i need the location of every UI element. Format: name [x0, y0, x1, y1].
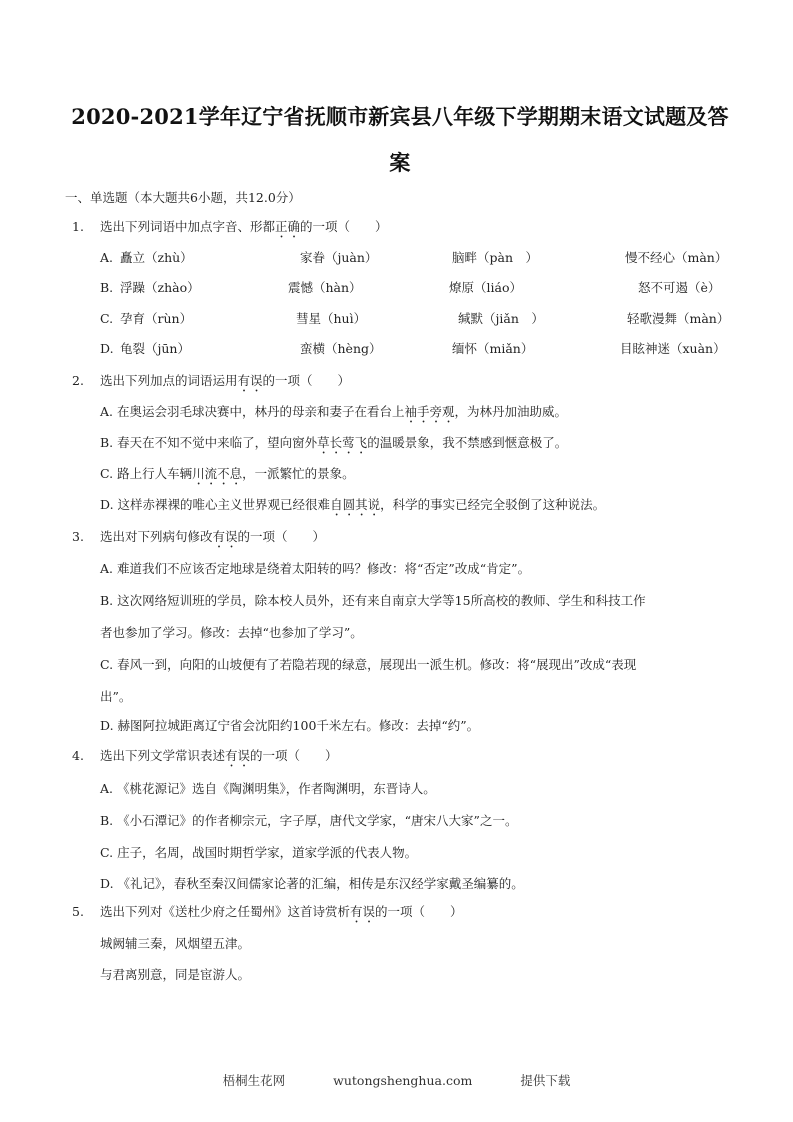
option-label: A. — [100, 250, 113, 266]
option-label: C. — [100, 845, 113, 860]
option-d: D. 这样赤裸裸的唯心主义世界观已经很难自圆其说，科学的事实已经完全驳倒了这种说… — [100, 497, 605, 519]
option-item: 缄默（jiǎn ） — [458, 311, 544, 327]
option-b: B. 春天在不知不觉中来临了，望向窗外草长莺飞的温暖景象，我不禁感到惬意极了。 — [100, 435, 567, 457]
option-text: 赫图阿拉城距离辽宁省会沈阳约100千米左右。修改：去掉“约”。 — [118, 718, 480, 733]
page-title-line1: 2020-2021学年辽宁省抚顺市新宾县八年级下学期期末语文试题及答 — [60, 101, 740, 131]
option-text: 路上行人车辆 — [117, 466, 192, 481]
page-title-line2: 案 — [60, 147, 740, 177]
question-number: 1. — [72, 219, 84, 235]
option-item: 轻歌漫舞（màn） — [627, 311, 729, 327]
option-c: C. 路上行人车辆川流不息，一派繁忙的景象。 — [100, 466, 355, 488]
stem-text: 的一项（ ） — [300, 219, 388, 234]
footer-action: 提供下载 — [520, 1071, 570, 1089]
question-stem: 选出下列词语中加点字音、形都正确的一项（ ） — [100, 219, 388, 241]
footer-url[interactable]: wutongshenghua.com — [333, 1073, 472, 1088]
poem-line-1: 城阙辅三秦，风烟望五津。 — [100, 936, 250, 952]
option-d: D. 赫图阿拉城距离辽宁省会沈阳约100千米左右。修改：去掉“约”。 — [100, 718, 479, 734]
stem-text: 选出下列对《送杜少府之任蜀州》这首诗赏析 — [100, 904, 350, 919]
option-item: 家眷（juàn） — [300, 250, 377, 266]
stem-text: 选出下列加点的词语运用 — [100, 373, 238, 388]
question-stem: 选出下列文学常识表述有误的一项（ ） — [100, 748, 338, 770]
question-stem: 选出下列加点的词语运用有误的一项（ ） — [100, 373, 350, 395]
option-item: 缅怀（miǎn） — [452, 341, 533, 357]
section-heading: 一、单选题（本大题共6小题，共12.0分） — [65, 190, 301, 206]
option-c: C. 春风一到，向阳的山坡便有了若隐若现的绿意，展现出一派生机。修改：将“展现出… — [100, 657, 636, 673]
option-label: A. — [100, 781, 113, 796]
option-b: B. 这次网络短训班的学员，除本校人员外，还有来自南京大学等15所高校的教师、学… — [100, 593, 646, 609]
option-emphasis: 袖手旁观 — [405, 404, 455, 419]
option-item: 怒不可遏（è） — [638, 280, 720, 296]
option-item: 慢不经心（màn） — [625, 250, 727, 266]
option-emphasis: 草长莺飞 — [317, 435, 367, 450]
option-label: B. — [100, 813, 113, 828]
exam-page: 2020-2021学年辽宁省抚顺市新宾县八年级下学期期末语文试题及答 案 一、单… — [0, 0, 793, 1122]
option-a: A. 在奥运会羽毛球决赛中，林丹的母亲和妻子在看台上袖手旁观，为林丹加油助威。 — [100, 404, 567, 426]
option-text: 庄子，名周，战国时期哲学家，道家学派的代表人物。 — [117, 845, 417, 860]
option-text: 难道我们不应该否定地球是绕着太阳转的吗？修改：将“否定”改成“肯定”。 — [117, 561, 530, 576]
option-text: 春风一到，向阳的山坡便有了若隐若现的绿意，展现出一派生机。修改：将“展现出”改成… — [117, 657, 636, 672]
option-text: 在奥运会羽毛球决赛中，林丹的母亲和妻子在看台上 — [117, 404, 405, 419]
option-item: 孕育（rùn） — [120, 311, 192, 327]
option-text: 的温暖景象，我不禁感到惬意极了。 — [367, 435, 567, 450]
option-label: B. — [100, 280, 113, 296]
option-d: D. 《礼记》，春秋至秦汉间儒家论著的汇编，相传是东汉经学家戴圣编纂的。 — [100, 876, 524, 892]
stem-emphasis: 有误 — [213, 529, 238, 544]
option-text: 《桃花源记》选自《陶渊明集》，作者陶渊明，东晋诗人。 — [117, 781, 436, 796]
page-footer: 梧桐生花网 wutongshenghua.com 提供下载 — [0, 1071, 793, 1089]
option-text: 春天在不知不觉中来临了，望向窗外 — [117, 435, 317, 450]
option-text: 这样赤裸裸的唯心主义世界观已经很难 — [118, 497, 331, 512]
option-c: C. 庄子，名周，战国时期哲学家，道家学派的代表人物。 — [100, 845, 417, 861]
stem-text: 选出对下列病句修改 — [100, 529, 213, 544]
option-item: 震憾（hàn） — [288, 280, 362, 296]
option-label: D. — [100, 876, 114, 891]
option-label: D. — [100, 497, 114, 512]
option-item: 龟裂（jūn） — [120, 341, 190, 357]
stem-emphasis: 有误 — [238, 373, 263, 388]
option-text: ，一派繁忙的景象。 — [242, 466, 355, 481]
option-label: A. — [100, 404, 113, 419]
option-item: 燎原（liáo） — [449, 280, 522, 296]
stem-emphasis: 有误 — [350, 904, 375, 919]
stem-text: 选出下列词语中加点字音、形都 — [100, 219, 275, 234]
question-number: 5. — [72, 904, 84, 920]
option-label: C. — [100, 311, 113, 327]
option-text: 这次网络短训班的学员，除本校人员外，还有来自南京大学等15所高校的教师、学生和科… — [117, 593, 645, 608]
stem-text: 的一项（ ） — [375, 904, 463, 919]
footer-site-name: 梧桐生花网 — [223, 1071, 286, 1089]
stem-text: 的一项（ ） — [263, 373, 351, 388]
option-emphasis: 川流不息 — [192, 466, 242, 481]
question-number: 3. — [72, 529, 84, 545]
option-item: 蛮横（hèng） — [300, 341, 382, 357]
option-label: C. — [100, 466, 113, 481]
option-item: 脑畔（pàn ） — [452, 250, 538, 266]
stem-text: 的一项（ ） — [238, 529, 326, 544]
option-a: A. 《桃花源记》选自《陶渊明集》，作者陶渊明，东晋诗人。 — [100, 781, 436, 797]
option-label: D. — [100, 341, 114, 357]
option-item: 浮躁（zhào） — [120, 280, 200, 296]
option-a: A. 难道我们不应该否定地球是绕着太阳转的吗？修改：将“否定”改成“肯定”。 — [100, 561, 530, 577]
question-stem: 选出对下列病句修改有误的一项（ ） — [100, 529, 325, 551]
question-stem: 选出下列对《送杜少府之任蜀州》这首诗赏析有误的一项（ ） — [100, 904, 463, 926]
option-text: ，为林丹加油助威。 — [455, 404, 568, 419]
question-number: 4. — [72, 748, 84, 764]
question-number: 2. — [72, 373, 84, 389]
option-label: A. — [100, 561, 113, 576]
option-label: B. — [100, 435, 113, 450]
stem-emphasis: 有误 — [225, 748, 250, 763]
stem-emphasis: 正确 — [275, 219, 300, 234]
option-label: D. — [100, 718, 114, 733]
poem-line-2: 与君离别意，同是宦游人。 — [100, 967, 250, 983]
option-text: ，科学的事实已经完全驳倒了这种说法。 — [380, 497, 605, 512]
option-b: B. 《小石潭记》的作者柳宗元，字子厚，唐代文学家，“唐宋八大家”之一。 — [100, 813, 517, 829]
option-emphasis: 自圆其说 — [330, 497, 380, 512]
stem-text: 的一项（ ） — [250, 748, 338, 763]
option-text: 《小石潭记》的作者柳宗元，字子厚，唐代文学家，“唐宋八大家”之一。 — [117, 813, 517, 828]
option-b-continued: 者也参加了学习。修改：去掉“也参加了学习”。 — [100, 625, 363, 641]
option-item: 彗星（huì） — [296, 311, 366, 327]
option-c-continued: 出”。 — [100, 689, 131, 705]
stem-text: 选出下列文学常识表述 — [100, 748, 225, 763]
option-item: 目眩神迷（xuàn） — [620, 341, 726, 357]
option-label: C. — [100, 657, 113, 672]
option-label: B. — [100, 593, 113, 608]
option-item: 矗立（zhù） — [120, 250, 193, 266]
option-text: 《礼记》，春秋至秦汉间儒家论著的汇编，相传是东汉经学家戴圣编纂的。 — [118, 876, 524, 891]
